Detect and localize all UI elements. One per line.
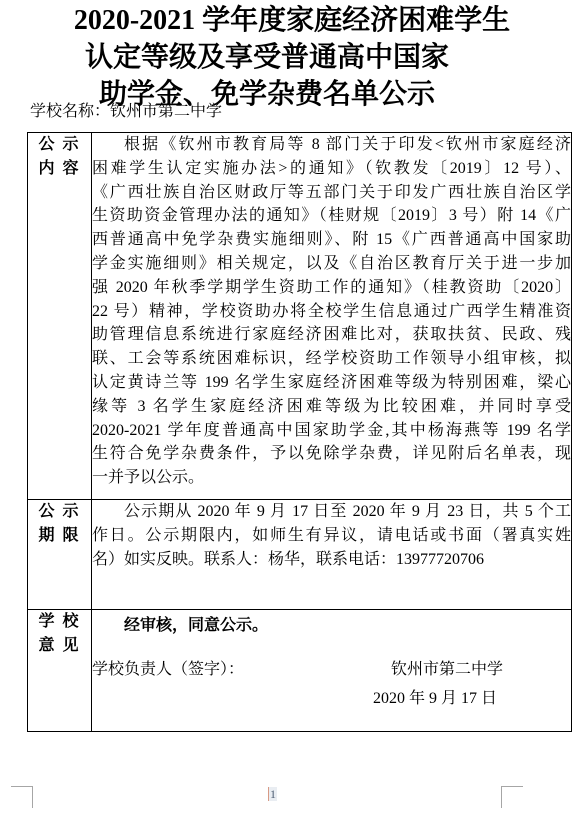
text-line: 认定黄诗兰等 199 名学生家庭经济困难等级为特别困难，梁心 (92, 371, 571, 395)
text-line: 《广西壮族自治区财政厅等五部门关于印发广西壮族自治区学 (92, 181, 571, 205)
text-line: 学 校 (28, 610, 91, 634)
text-line: 困难学生认定实施办法>的通知》（钦教发〔2019〕12 号）、 (92, 157, 571, 181)
school-signature: 钦州市第二中学 (391, 658, 503, 682)
title-line-2: 认定等级及享受普通高中国家 (0, 39, 559, 76)
text-line: 缘等 3 名学生家庭经济困难等级为比较困难，并同时享受 (92, 395, 571, 419)
text-line: 联、工会等系统困难标识，经学校资助工作领导小组审核，拟 (92, 347, 571, 371)
school-name-line: 学校名称：钦州市第二中学 (30, 101, 222, 122)
row-label-publicity-content: 公 示内 容 (28, 133, 92, 500)
text-line: 公 示 (28, 133, 91, 157)
margin-corner-left-icon (11, 786, 33, 808)
page-number: 1 (268, 787, 277, 801)
publicity-content-text: 根据《钦州市教育局等 8 部门关于印发<钦州市家庭经济困难学生认定实施办法>的通… (92, 133, 572, 500)
table-row: 公 示期 限 公示期从 2020 年 9 月 17 日至 2020 年 9 月 … (28, 500, 572, 610)
text-line: 生资助资金管理办法的通知》（桂财规〔2019〕3 号）附 14《广 (92, 204, 571, 228)
table-row: 学 校意 见 经审核，同意公示。 学校负责人（签字）： 钦州市第二中学 2020… (28, 610, 572, 732)
signer-label: 学校负责人（签字）： (92, 658, 244, 682)
row-label-publicity-period: 公 示期 限 (28, 500, 92, 610)
text-line: 强 2020 年秋季学期学生资助工作的通知》（桂教资助〔2020〕 (92, 276, 571, 300)
text-line: 期 限 (28, 524, 91, 548)
text-line: 根据《钦州市教育局等 8 部门关于印发<钦州市家庭经济 (92, 133, 571, 157)
signature-row: 学校负责人（签字）： 钦州市第二中学 (92, 658, 571, 682)
text-line: 西普通高中免学杂费实施细则》、附 15《广西普通高中国家助 (92, 228, 571, 252)
text-line: 公示期从 2020 年 9 月 17 日至 2020 年 9 月 23 日，共 … (92, 500, 571, 524)
document-title: 2020-2021 学年度家庭经济困难学生 认定等级及享受普通高中国家 助学金、… (0, 0, 584, 113)
document-page: { "title": { "lines": [ "2020-2021 学年度家庭… (0, 0, 584, 822)
row-label-school-opinion: 学 校意 见 (28, 610, 92, 732)
text-line: 内 容 (28, 157, 91, 181)
table-row: 公 示内 容 根据《钦州市教育局等 8 部门关于印发<钦州市家庭经济困难学生认定… (28, 133, 572, 500)
school-opinion-cell: 经审核，同意公示。 学校负责人（签字）： 钦州市第二中学 2020 年 9 月 … (92, 610, 572, 732)
signature-date: 2020 年 9 月 17 日 (92, 687, 571, 711)
text-line: 助管理信息系统进行家庭经济困难比对，获取扶贫、民政、残 (92, 323, 571, 347)
title-line-1: 2020-2021 学年度家庭经济困难学生 (0, 2, 584, 39)
text-line: 公 示 (28, 500, 91, 524)
text-line: 22 号）精神，学校资助办将全校学生信息通过广西学生精准资 (92, 300, 571, 324)
text-line: 一并予以公示。 (92, 466, 571, 490)
text-line: 生符合免学杂费条件，予以免除学杂费，详见附后名单表，现 (92, 442, 571, 466)
notice-table: 公 示内 容 根据《钦州市教育局等 8 部门关于印发<钦州市家庭经济困难学生认定… (27, 132, 572, 732)
text-line: 学金实施细则》相关规定，以及《自治区教育厅关于进一步加 (92, 252, 571, 276)
text-line: 2020-2021 学年度普通高中国家助学金,其中杨海燕等 199 名学 (92, 419, 571, 443)
margin-corner-right-icon (501, 786, 523, 808)
text-line: 作日。公示期限内，如师生有异议，请电话或书面（署真实姓 (92, 524, 571, 548)
text-line: 名）如实反映。联系人：杨华，联系电话：13977720706 (92, 548, 571, 572)
approval-statement: 经审核，同意公示。 (92, 614, 571, 638)
publicity-period-text: 公示期从 2020 年 9 月 17 日至 2020 年 9 月 23 日，共 … (92, 500, 572, 610)
text-line: 意 见 (28, 634, 91, 658)
